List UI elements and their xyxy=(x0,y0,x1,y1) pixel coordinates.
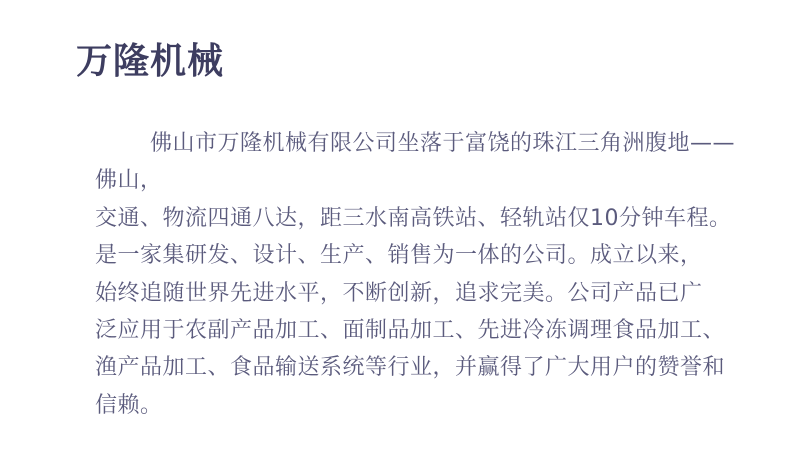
slide-canvas: 万隆机械 佛山市万隆机械有限公司坐落于富饶的珠江三角洲腹地—— 佛山， 交通、物… xyxy=(0,0,790,454)
slide-title: 万隆机械 xyxy=(76,40,224,83)
company-intro-text: 佛山市万隆机械有限公司坐落于富饶的珠江三角洲腹地—— 佛山， 交通、物流四通八达… xyxy=(95,125,755,424)
